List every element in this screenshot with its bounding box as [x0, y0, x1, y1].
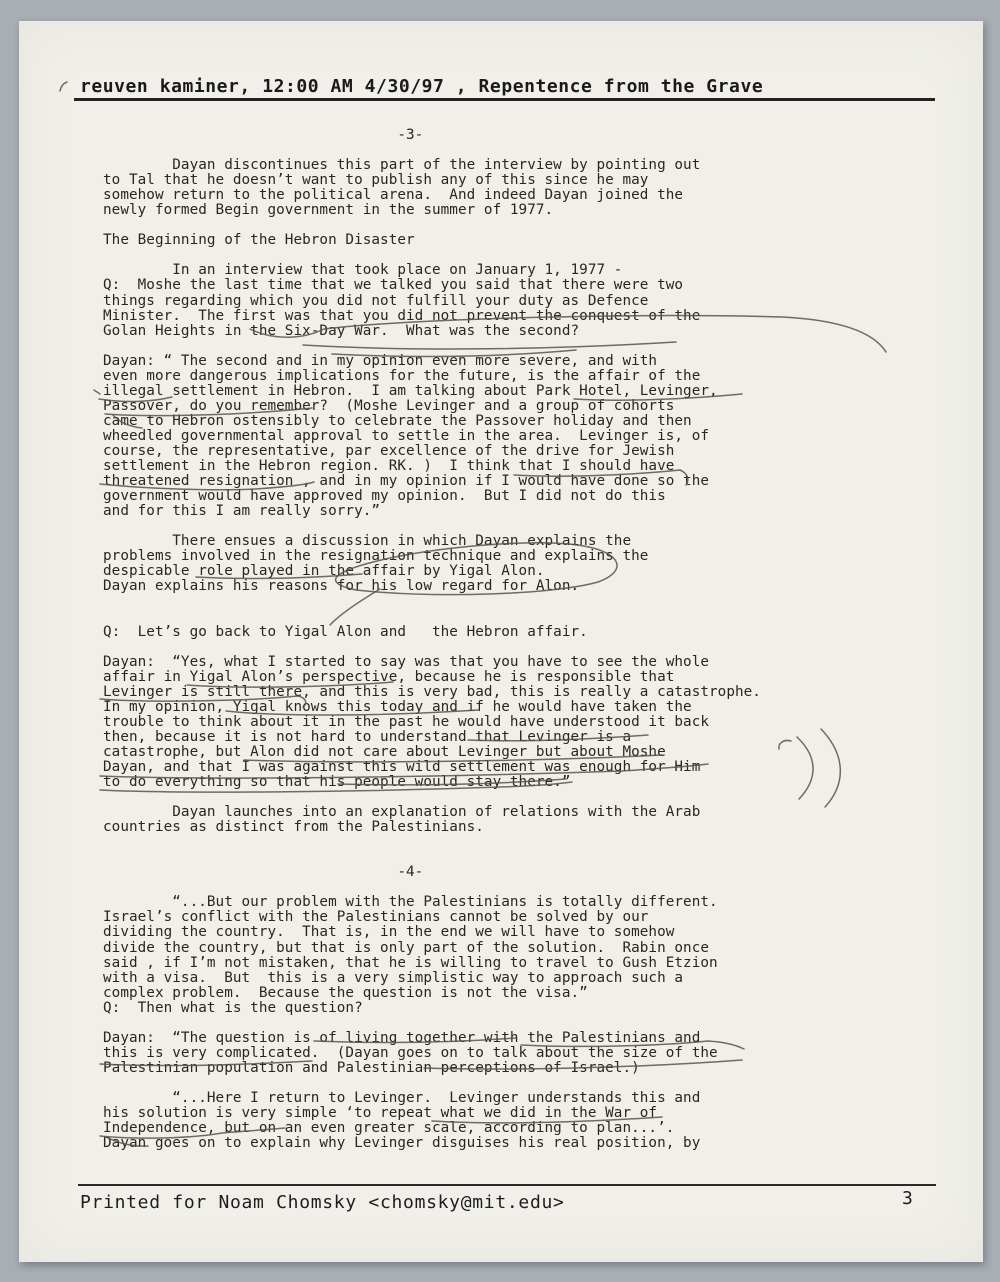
header-rule [74, 98, 935, 101]
footer-page-number: 3 [902, 1188, 913, 1209]
document-body-text: -3- Dayan discontinues this part of the … [103, 128, 761, 1151]
scanned-document-screenshot: { "page": { "background_color": "#a9aeb5… [0, 0, 1000, 1282]
email-header-line: reuven kaminer, 12:00 AM 4/30/97 , Repen… [80, 76, 763, 97]
footer-printed-for: Printed for Noam Chomsky <chomsky@mit.ed… [80, 1192, 565, 1213]
footer-rule [78, 1184, 936, 1186]
